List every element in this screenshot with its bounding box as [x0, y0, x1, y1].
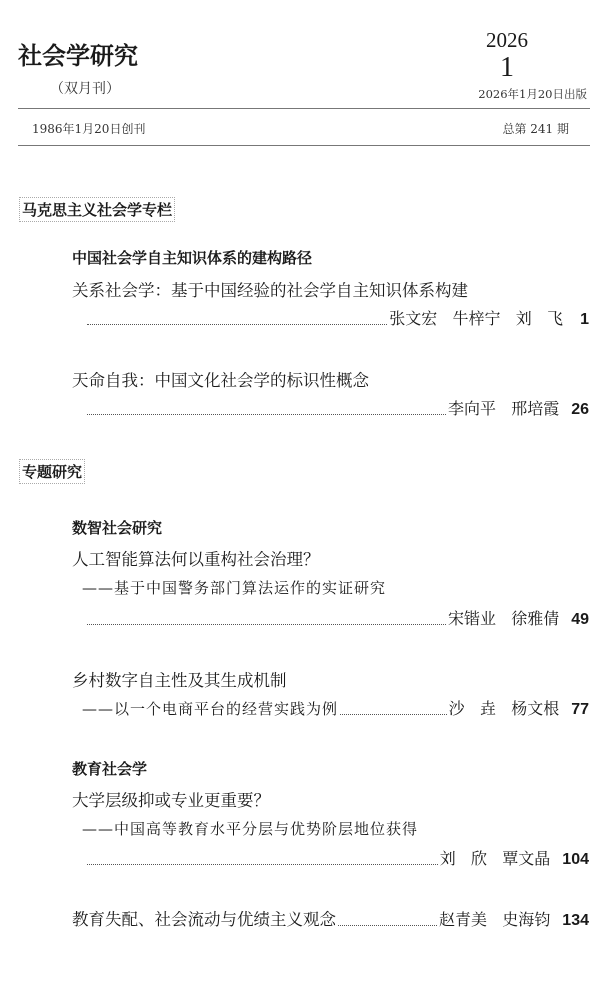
- article-authors: 李向平 邢培霞: [448, 396, 559, 419]
- founded-date: 1986年1月20日创刊: [32, 120, 145, 137]
- article-page-number[interactable]: 134: [562, 912, 589, 930]
- article-subtitle: ——基于中国警务部门算法运作的实证研究: [82, 577, 386, 598]
- article-page-number[interactable]: 77: [571, 701, 589, 719]
- publication-date: 2026年1月20日出版: [478, 86, 587, 102]
- article-subtitle: ——中国高等教育水平分层与优势阶层地位获得: [82, 818, 418, 839]
- article-title[interactable]: 大学层级抑或专业更重要？: [72, 787, 270, 811]
- dot-leader: [338, 925, 437, 926]
- article-byline: 张文宏 牛梓宁 刘 飞 1: [85, 306, 589, 329]
- article-subtitle: ——以一个电商平台的经营实践为例: [82, 698, 338, 719]
- article-authors: 赵青美 史海钧: [439, 907, 550, 930]
- article-page-number[interactable]: 104: [562, 851, 589, 869]
- issue-number: 1: [462, 52, 552, 84]
- dot-leader: [87, 324, 387, 325]
- dot-leader: [340, 714, 447, 715]
- article-title[interactable]: 人工智能算法何以重构社会治理？: [72, 546, 320, 570]
- article-title[interactable]: 天命自我：中国文化社会学的标识性概念: [72, 367, 369, 391]
- article-byline: 刘 欣 覃文晶 104: [85, 846, 589, 869]
- article-byline: 宋锴业 徐雅倩 49: [85, 606, 589, 629]
- article-authors: 刘 欣 覃文晶: [440, 846, 551, 869]
- subsection-heading: 教育社会学: [72, 758, 147, 779]
- dot-leader: [87, 414, 446, 415]
- article-authors: 张文宏 牛梓宁 刘 飞: [389, 306, 563, 329]
- publication-frequency: （双月刊）: [50, 78, 120, 98]
- article-title[interactable]: 关系社会学：基于中国经验的社会学自主知识体系构建: [72, 277, 468, 301]
- section-label-marxist-sociology: 马克思主义社会学专栏: [19, 197, 175, 222]
- article-authors: 沙 垚 杨文根: [449, 696, 560, 719]
- header-divider-bottom: [18, 145, 590, 146]
- article-page-number[interactable]: 26: [571, 401, 589, 419]
- article-title[interactable]: 乡村数字自主性及其生成机制: [72, 667, 287, 691]
- dot-leader: [87, 864, 438, 865]
- article-authors: 宋锴业 徐雅倩: [448, 606, 559, 629]
- article-page-number[interactable]: 1: [575, 311, 589, 329]
- article-entry: 教育失配、社会流动与优绩主义观念 赵青美 史海钧 134: [72, 906, 589, 930]
- section-label-special-research: 专题研究: [19, 459, 85, 484]
- header-divider-top: [18, 108, 590, 109]
- issue-year: 2026: [462, 28, 552, 53]
- article-byline: 李向平 邢培霞 26: [85, 396, 589, 419]
- article-title[interactable]: 教育失配、社会流动与优绩主义观念: [72, 906, 336, 930]
- subsection-heading: 数智社会研究: [72, 517, 162, 538]
- article-page-number[interactable]: 49: [571, 611, 589, 629]
- journal-title: 社会学研究: [18, 36, 138, 71]
- subsection-heading: 中国社会学自主知识体系的建构路径: [72, 247, 312, 268]
- article-byline: ——以一个电商平台的经营实践为例 沙 垚 杨文根 77: [82, 696, 589, 719]
- total-volume-number: 总第 241 期: [502, 120, 569, 137]
- dot-leader: [87, 624, 446, 625]
